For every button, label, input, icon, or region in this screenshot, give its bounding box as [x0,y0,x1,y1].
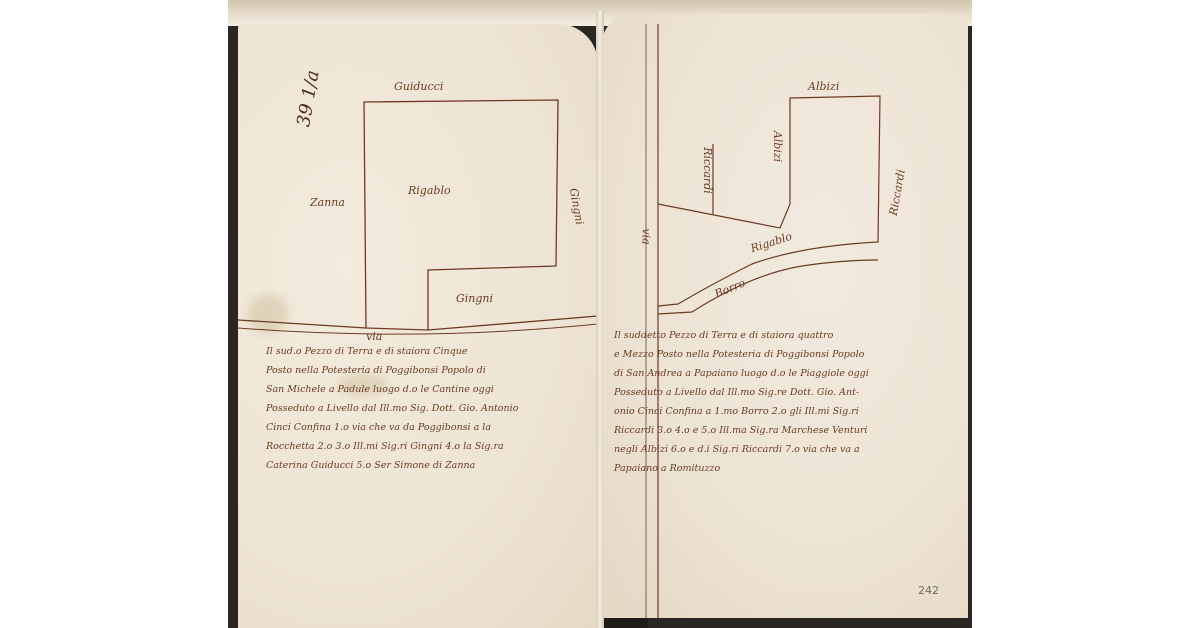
text-line: e Mezzo Posto nella Potesteria di Poggib… [614,345,869,364]
text-line: Caterina Guiducci 5.o Ser Simone di Zann… [266,456,518,475]
text-line: Rocchetta 2.o 3.o Ill.mi Sig.ri Gingni 4… [266,437,518,456]
right-map-sketch [602,14,968,618]
text-line: San Michele a Padule luogo d.o le Cantin… [266,380,518,399]
text-line: Posseduto a Livello dal Ill.mo Sig.re Do… [614,383,869,402]
map-label-center: Rigablo [408,184,451,197]
map-label-top: Guiducci [394,80,443,93]
map-label-left: Zanna [310,196,345,209]
text-line: Riccardi 3.o 4.o e 5.o Ill.ma Sig.ra Mar… [614,421,869,440]
text-line: Il suddetto Pezzo di Terra e di staiora … [614,326,869,345]
text-line: Posto nella Potesteria di Poggibonsi Pop… [266,361,518,380]
text-line: negli Albizi 6.o e d.i Sig.ri Riccardi 7… [614,440,869,459]
left-map-sketch [238,24,598,628]
text-line: onio Cinci Confina a 1.mo Borro 2.o gli … [614,402,869,421]
right-description: Il suddetto Pezzo di Terra e di staiora … [614,326,869,478]
text-line: Papaiano a Romituzzo [614,459,869,478]
map-label-road: via [640,228,653,244]
text-line: Posseduto a Livello dal Ill.mo Sig. Dott… [266,399,518,418]
manuscript-scan: 39 1/a Guiducci Zanna Rigablo Gingni Gin… [228,0,972,628]
map-label-inner-right: Albizi [771,131,784,162]
left-page: 39 1/a Guiducci Zanna Rigablo Gingni Gin… [238,24,598,628]
map-label-bottom: Gingni [456,292,493,305]
page-number: 242 [918,584,939,597]
map-label-top: Albizi [808,80,839,93]
left-description: Il sud.o Pezzo di Terra e di staiora Cin… [266,342,518,475]
map-label-inner-left: Riccardi [701,147,714,194]
text-line: di San Andrea a Papaiano luogo d.o le Pi… [614,364,869,383]
right-page: Albizi Riccardi Albizi Riccardi Rigablo … [602,14,968,618]
text-line: Cinci Confina 1.o via che va da Poggibon… [266,418,518,437]
text-line: Il sud.o Pezzo di Terra e di staiora Cin… [266,342,518,361]
